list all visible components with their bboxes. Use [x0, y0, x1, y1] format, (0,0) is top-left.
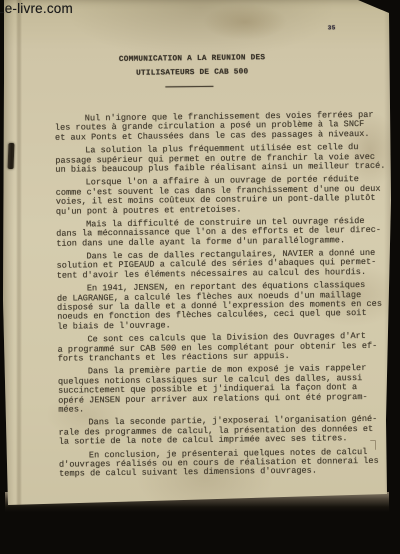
page-number: 35	[328, 24, 336, 31]
document-body: Nul n'ignore que le franchissement des v…	[55, 111, 379, 484]
document-title: COMMUNICATION A LA REUNION DES UTILISATE…	[82, 51, 302, 82]
paragraph: Nul n'ignore que le franchissement des v…	[55, 111, 375, 143]
text-line: forts tranchants et les réactions sur ap…	[58, 351, 378, 364]
paragraph: En 1941, JENSEN, en reportant des équati…	[57, 281, 378, 332]
paragraph: Dans la première partie de mon exposé je…	[58, 364, 379, 415]
text-line: tent d'avoir les éléments nécessaires au…	[57, 268, 377, 281]
paragraph: Mais la difficulté de construire un tel …	[56, 217, 376, 249]
text-line: tion dans une dalle ayant la forme d'un …	[56, 236, 376, 249]
text-line: temps de calcul suivant les dimensions d…	[59, 466, 379, 479]
text-line: et aux Ponts et Chaussées dans le cas de…	[55, 130, 375, 143]
title-underline	[165, 86, 213, 88]
paragraph: Lorsque l'on a affaire à un ouvrage de p…	[56, 175, 376, 216]
paragraph: La solution la plus fréquemment utilisée…	[55, 143, 375, 175]
paragraph: Dans le cas de dalles rectangulaires, NA…	[56, 249, 376, 281]
paragraph: Ce sont ces calculs que la Division des …	[57, 332, 377, 364]
text-line: un biais beaucoup plus faible réalisant …	[55, 162, 375, 175]
scanned-document-photo: 35 COMMUNICATION A LA REUNION DES UTILIS…	[0, 0, 400, 554]
text-line: la sortie de la note de calcul imprimée …	[59, 434, 379, 447]
text-line: qu'un pont à poutres et entretoises.	[56, 203, 376, 216]
text-line: le biais de l'ouvrage.	[57, 319, 377, 332]
typewritten-text-layer: 35 COMMUNICATION A LA REUNION DES UTILIS…	[0, 0, 400, 554]
paragraph: Dans la seconde partie, j'exposerai l'or…	[58, 415, 378, 447]
title-line-2: UTILISATEURS DE CAB 500	[82, 65, 302, 82]
watermark-text: Le-livre.com	[0, 1, 73, 16]
paragraph: En conclusion, je présenterai quelques n…	[59, 447, 379, 479]
